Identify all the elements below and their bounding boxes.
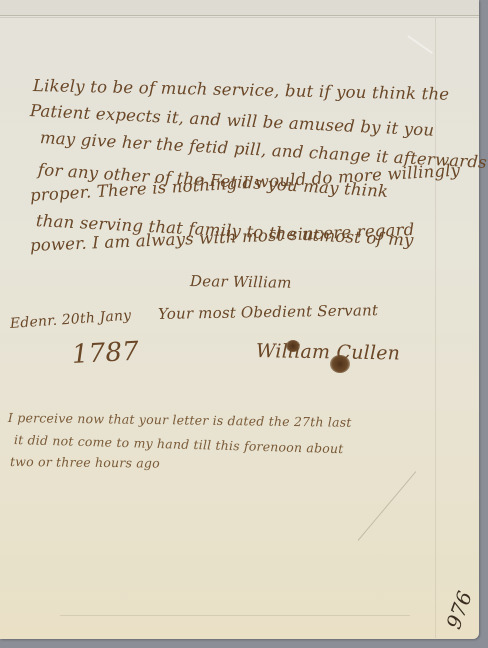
body-line: Likely to be of much service, but if you… bbox=[33, 76, 450, 104]
folio-number: 976 bbox=[441, 588, 477, 632]
postscript-line: it did not come to my hand till this for… bbox=[14, 432, 344, 456]
letter-year: 1787 bbox=[71, 337, 139, 370]
ink-blot bbox=[330, 355, 350, 373]
signature: William Cullen bbox=[256, 340, 400, 365]
right-margin-rule bbox=[435, 18, 436, 638]
salutation: Dear William bbox=[190, 272, 292, 292]
letter-page: Likely to be of much service, but if you… bbox=[0, 0, 479, 639]
corner-crease-mark bbox=[358, 471, 417, 541]
paper-crease-mark bbox=[397, 35, 433, 69]
bottom-margin-rule bbox=[60, 615, 410, 616]
ink-blot bbox=[286, 340, 300, 352]
postscript-line: two or three hours ago bbox=[10, 454, 160, 471]
letter-date: Edenr. 20th Jany bbox=[9, 308, 131, 332]
fold-crease bbox=[0, 17, 479, 18]
valediction: Your most Obedient Servant bbox=[158, 301, 378, 323]
postscript-line: I perceive now that your letter is dated… bbox=[8, 410, 352, 430]
binding-strip bbox=[0, 0, 479, 16]
